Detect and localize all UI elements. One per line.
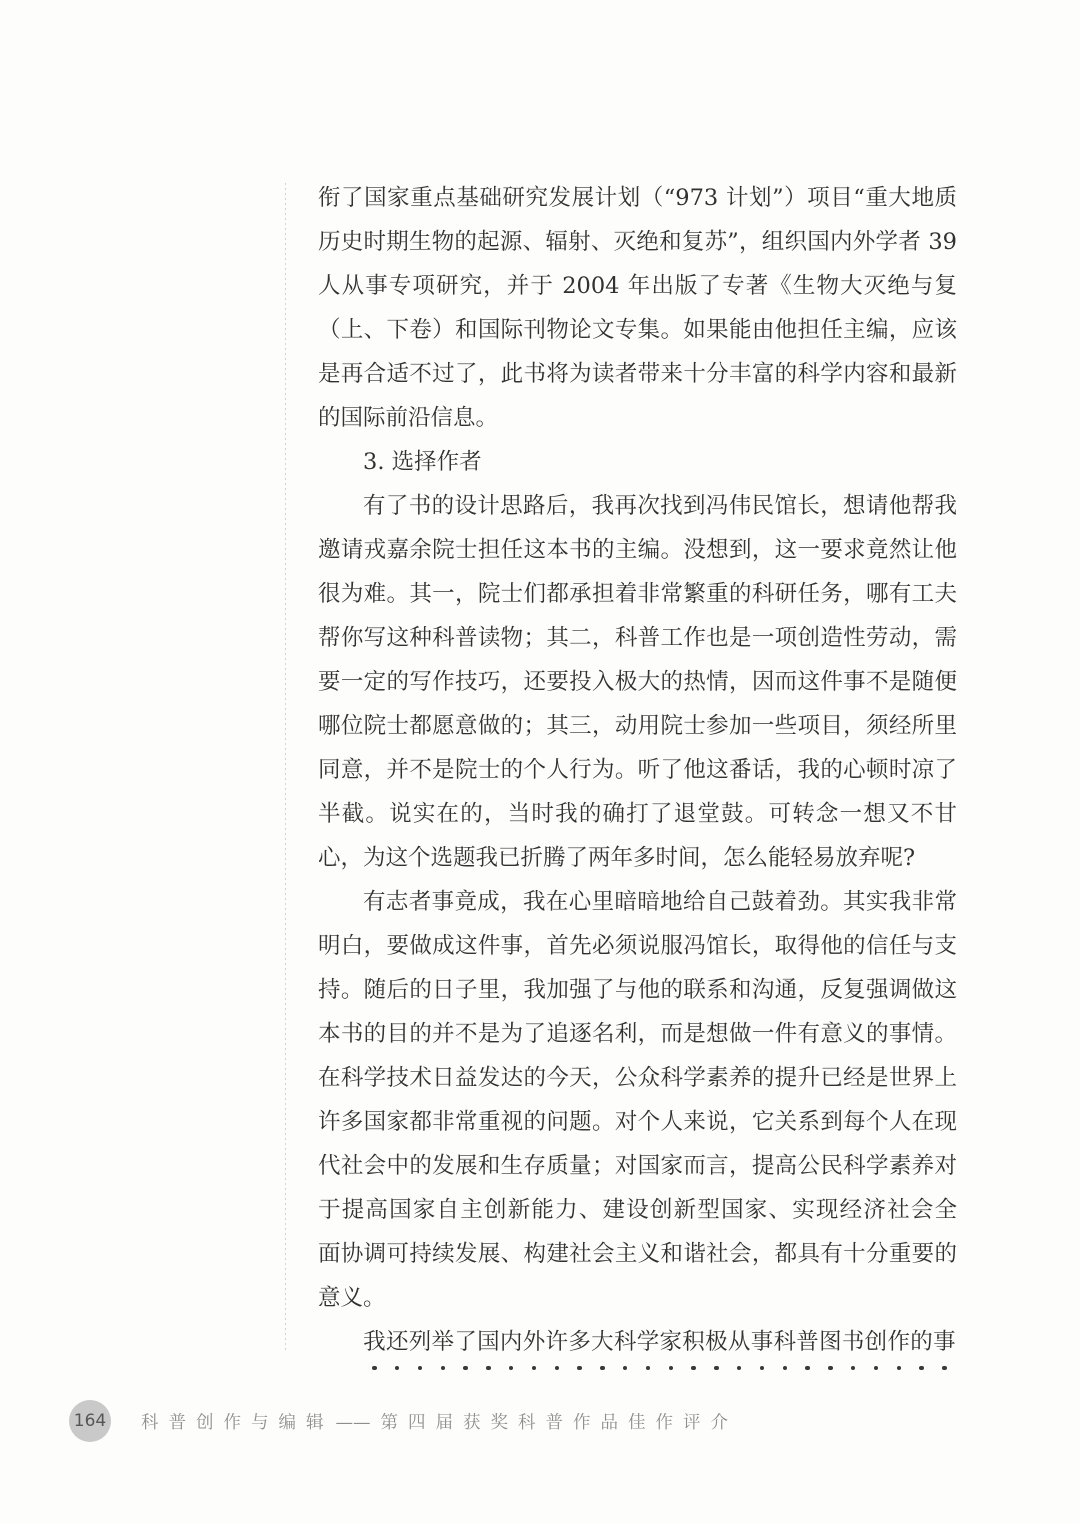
emphasized-char: 事: [933, 1320, 956, 1364]
text-line: 意义。: [318, 1276, 957, 1320]
emphasized-char: 积: [682, 1320, 705, 1364]
page-number: 164: [74, 1411, 106, 1431]
emphasized-char: 科: [773, 1320, 796, 1364]
emphasized-char: 家: [659, 1320, 682, 1364]
book-page: 衔了国家重点基础研究发展计划（“973 计划”）项目“重大地质历史时期生物的起源…: [0, 0, 1080, 1524]
emphasized-char: 国: [477, 1320, 500, 1364]
text-line: 的国际前沿信息。: [318, 396, 957, 440]
emphasized-char: 列: [409, 1320, 432, 1364]
text-line: （上、下卷）和国际刊物论文专集。如果能由他担任主编，应该: [318, 308, 957, 352]
emphasized-char: 科: [614, 1320, 637, 1364]
emphasized-char: 多: [568, 1320, 591, 1364]
text-line: 要一定的写作技巧，还要投入极大的热情，因而这件事不是随便: [318, 660, 957, 704]
text-line: 有志者事竟成，我在心里暗暗地给自己鼓着劲。其实我非常: [318, 880, 957, 924]
text-line: 历史时期生物的起源、辐射、灭绝和复苏”，组织国内外学者 39: [318, 220, 957, 264]
text-line: 我还列举了国内外许多大科学家积极从事科普图书创作的事: [318, 1320, 957, 1364]
emphasized-char: 的: [910, 1320, 933, 1364]
text-line: 半截。说实在的，当时我的确打了退堂鼓。可转念一想又不甘: [318, 792, 957, 836]
emphasized-char: 大: [591, 1320, 614, 1364]
text-line: 帮你写这种科普读物；其二，科普工作也是一项创造性劳动，需: [318, 616, 957, 660]
emphasized-char: 创: [865, 1320, 888, 1364]
text-line: 在科学技术日益发达的今天，公众科学素养的提升已经是世界上: [318, 1056, 957, 1100]
text-line: 很为难。其一，院士们都承担着非常繁重的科研任务，哪有工夫: [318, 572, 957, 616]
text-line: 哪位院士都愿意做的；其三，动用院士参加一些项目，须经所里: [318, 704, 957, 748]
text-line: 持。随后的日子里，我加强了与他的联系和沟通，反复强调做这: [318, 968, 957, 1012]
footer-book-title: 科普创作与编辑: [141, 1413, 334, 1433]
emphasized-char: 举: [431, 1320, 454, 1364]
emphasized-char: 作: [887, 1320, 910, 1364]
text-line: 人从事专项研究，并于 2004 年出版了专著《生物大灭绝与复苏》: [318, 264, 957, 308]
text-line: 3. 选择作者: [318, 440, 957, 484]
text-line: 明白，要做成这件事，首先必须说服冯馆长，取得他的信任与支: [318, 924, 957, 968]
emphasized-char: 了: [454, 1320, 477, 1364]
emphasized-char: 内: [500, 1320, 523, 1364]
emphasized-char: 我: [363, 1320, 386, 1364]
text-line: 同意，并不是院士的个人行为。听了他这番话，我的心顿时凉了: [318, 748, 957, 792]
text-line: 衔了国家重点基础研究发展计划（“973 计划”）项目“重大地质: [318, 176, 957, 220]
text-line: 代社会中的发展和生存质量；对国家而言，提高公民科学素养对: [318, 1144, 957, 1188]
text-line: 邀请戎嘉余院士担任这本书的主编。没想到，这一要求竟然让他: [318, 528, 957, 572]
page-number-badge: 164: [69, 1400, 111, 1442]
text-line: 许多国家都非常重视的问题。对个人来说，它关系到每个人在现: [318, 1100, 957, 1144]
footer-separator: ——: [336, 1413, 371, 1433]
text-line: 本书的目的并不是为了追逐名利，而是想做一件有意义的事情。: [318, 1012, 957, 1056]
page-footer: 164 科普创作与编辑——第四届获奖科普作品佳作评介: [0, 1398, 1080, 1448]
emphasized-char: 还: [386, 1320, 409, 1364]
emphasized-char: 书: [842, 1320, 865, 1364]
text-line: 是再合适不过了，此书将为读者带来十分丰富的科学内容和最新: [318, 352, 957, 396]
emphasized-char: 普: [796, 1320, 819, 1364]
text-line: 有了书的设计思路后，我再次找到冯伟民馆长，想请他帮我: [318, 484, 957, 528]
text-line: 于提高国家自主创新能力、建设创新型国家、实现经济社会全: [318, 1188, 957, 1232]
emphasized-char: 许: [545, 1320, 568, 1364]
emphasized-char: 外: [523, 1320, 546, 1364]
emphasized-char: 极: [705, 1320, 728, 1364]
footer-section-title: 第四届获奖科普作品佳作评介: [381, 1413, 739, 1433]
scan-artifact-line: [285, 183, 286, 1350]
emphasized-char: 从: [728, 1320, 751, 1364]
body-text: 衔了国家重点基础研究发展计划（“973 计划”）项目“重大地质历史时期生物的起源…: [318, 176, 957, 1364]
emphasized-char: 图: [819, 1320, 842, 1364]
text-line: 面协调可持续发展、构建社会主义和谐社会，都具有十分重要的: [318, 1232, 957, 1276]
footer-running-title: 科普创作与编辑——第四届获奖科普作品佳作评介: [141, 1409, 738, 1434]
text-line: 心，为这个选题我已折腾了两年多时间，怎么能轻易放弃呢?: [318, 836, 957, 880]
emphasized-char: 学: [637, 1320, 660, 1364]
emphasized-char: 事: [751, 1320, 774, 1364]
